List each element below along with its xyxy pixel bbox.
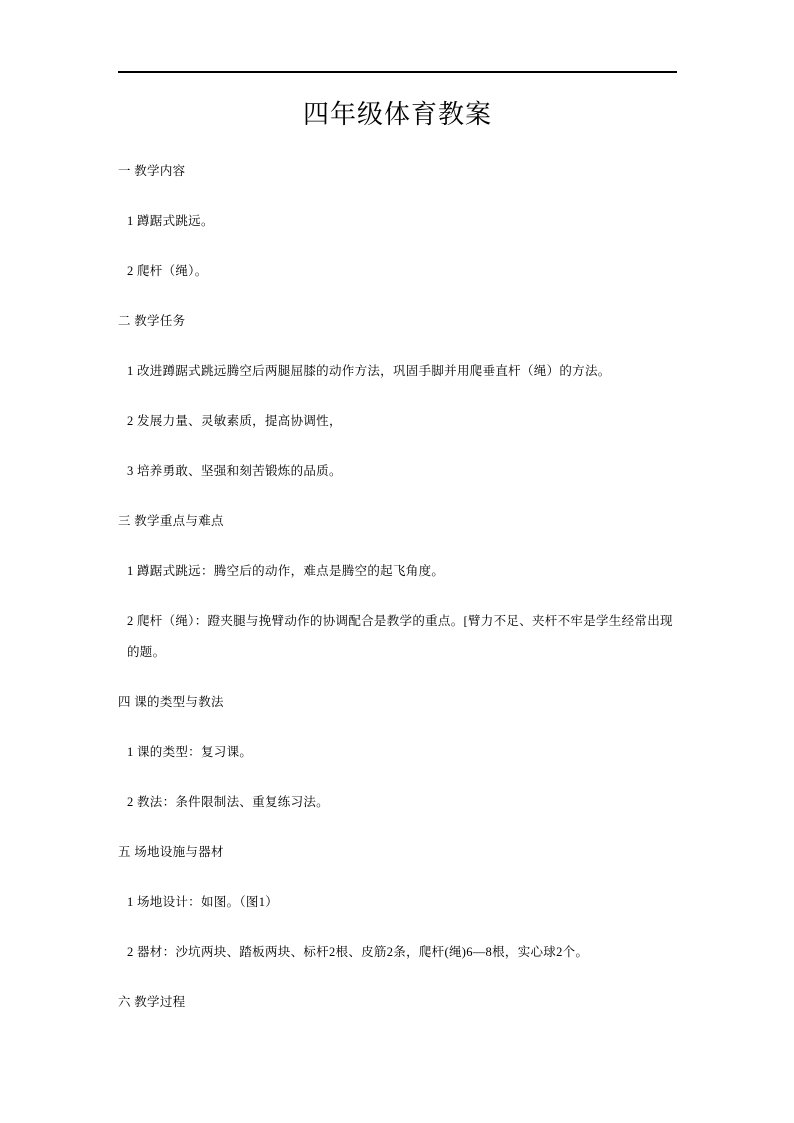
section-heading: 二 教学任务 [118, 306, 677, 337]
document-content: 四年级体育教案 一 教学内容 1 蹲踞式跳远。 2 爬杆（绳）。 二 教学任务 … [118, 73, 677, 1037]
paragraph: 1 蹲踞式跳远。 [118, 206, 677, 237]
paragraph: 2 爬杆（绳）：蹬夹腿与挽臂动作的协调配合是教学的重点。[臂力不足、夹杆不牢是学… [118, 606, 677, 668]
section-heading: 一 教学内容 [118, 156, 677, 187]
document-page: 四年级体育教案 一 教学内容 1 蹲踞式跳远。 2 爬杆（绳）。 二 教学任务 … [0, 0, 794, 1123]
paragraph: 1 蹲踞式跳远：腾空后的动作，难点是腾空的起飞角度。 [118, 556, 677, 587]
paragraph: 2 器材：沙坑两块、踏板两块、标杆2根、皮筋2条，爬杆(绳)6—8根，实心球2个… [118, 937, 677, 968]
paragraph: 1 场地设计：如图。（图1） [118, 887, 677, 918]
document-body: 一 教学内容 1 蹲踞式跳远。 2 爬杆（绳）。 二 教学任务 1 改进蹲踞式跳… [118, 156, 677, 1018]
document-title: 四年级体育教案 [118, 99, 677, 131]
paragraph: 3 培养勇敢、坚强和刻苦锻炼的品质。 [118, 456, 677, 487]
section-heading: 六 教学过程 [118, 987, 677, 1018]
paragraph: 2 爬杆（绳）。 [118, 256, 677, 287]
paragraph: 2 发展力量、灵敏素质，提高协调性， [118, 406, 677, 437]
paragraph: 1 课的类型：复习课。 [118, 737, 677, 768]
paragraph: 1 改进蹲踞式跳远腾空后两腿屈膝的动作方法，巩固手脚并用爬垂直杆（绳）的方法。 [118, 356, 677, 387]
section-heading: 三 教学重点与难点 [118, 506, 677, 537]
section-heading: 五 场地设施与器材 [118, 837, 677, 868]
section-heading: 四 课的类型与教法 [118, 687, 677, 718]
paragraph: 2 教法：条件限制法、重复练习法。 [118, 787, 677, 818]
